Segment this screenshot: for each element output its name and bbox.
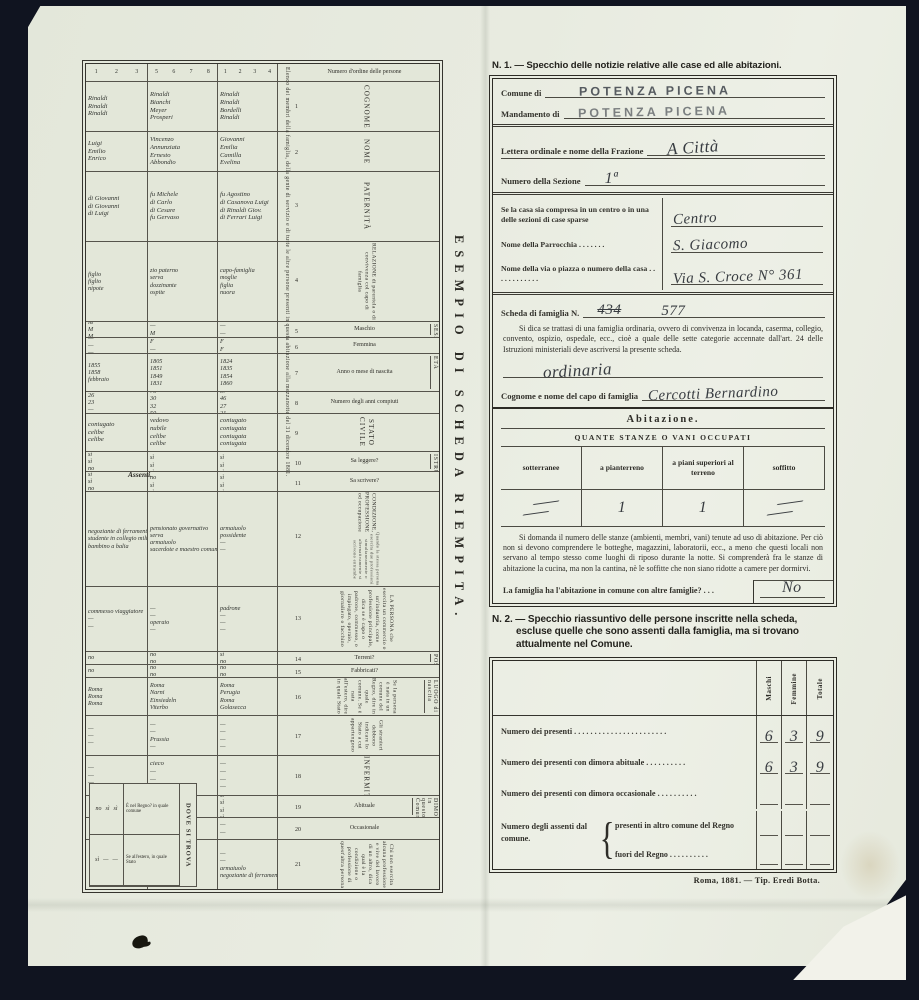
cells-assenti: RinaldiRinaldiRinaldi — [86, 82, 148, 131]
cells-assenti: LuigiEmilioEnrico — [86, 132, 148, 171]
column-header: Numero d'ordine delle persone — [278, 64, 439, 81]
cells-presenti-1-4: sìsìsìsì — [218, 796, 278, 817]
census-field-row-17: —————Prussia—————17Gli stranieri debbono… — [86, 716, 439, 756]
parrocchia-value-cell: S. Giacomo — [663, 232, 833, 258]
cells-assenti: MMM — [86, 322, 148, 337]
dove-si-trova-label: DOVE SI TROVA — [180, 784, 196, 886]
cells-presenti-1-4: —FFF — [218, 338, 278, 353]
stanze-note-paragraph: Si domanda il numero delle stanze (ambie… — [493, 527, 833, 574]
via-handwriting: Via S. Croce N° 361 — [673, 267, 804, 289]
column-header: 1COGNOME — [278, 82, 439, 131]
stanze-value-cell: 1 — [582, 490, 663, 526]
cells-presenti-1-4: GiovanniEmiliaCamillaEvelina — [218, 132, 278, 171]
cells-presenti-1-4: capo-famigliamogliefiglianuora — [218, 242, 278, 321]
comune-stamp: POTENZA PICENA — [579, 83, 731, 98]
comune-row: Comune di POTENZA PICENA — [493, 79, 833, 100]
right-column: N. 1. — Specchio delle notizie relative … — [492, 60, 834, 885]
stanze-col-soffitto: soffitto — [744, 447, 825, 490]
census-field-row-14: nonononononononosìnono14Terreni?POSSIEDE — [86, 652, 439, 665]
n2-col-femmine: Femmine — [781, 661, 806, 715]
mandamento-row: Mandamento di POTENZA PICENA — [493, 100, 833, 124]
centro-handwriting: Centro — [673, 210, 718, 229]
n2-value-cell: 6 — [756, 716, 781, 747]
stanze-table: sotterranee a pianterreno a piani superi… — [501, 447, 825, 527]
scheda-line: 434 577 — [583, 303, 825, 318]
brace-glyph: { — [600, 811, 613, 869]
n2-header-row: Maschi Femmine Totale — [493, 661, 833, 716]
frazione-row: Lettera ordinale e nome della Frazione A… — [493, 127, 833, 158]
stanze-col-pianterreno: a pianterreno — [582, 447, 663, 490]
n2-col-maschi: Maschi — [756, 661, 781, 715]
column-header: 18INFERMITÀ — [278, 756, 439, 795]
cells-presenti-5-8: zio paternoservadozzinanteospite — [148, 242, 218, 321]
cells-presenti-5-8: nonosìsì — [148, 472, 218, 491]
n2-rows: Numero dei presenti . . . . . . . . . . … — [493, 716, 833, 809]
assenti-label: Assenti. — [128, 470, 152, 479]
column-header: 14Terreni?POSSIEDE — [278, 652, 439, 664]
stanze-col-sotterranee: sotterranee — [501, 447, 582, 490]
centro-label: Se la casa sia compresa in un centro o i… — [493, 198, 663, 232]
census-field-row-16: RomaRomaRomaRomaNarniEinsiedelnViterboRo… — [86, 678, 439, 716]
n2-summary-row: Numero dei presenti con dimora abituale … — [493, 747, 833, 778]
cells-presenti-1-4: padrone——— — [218, 587, 278, 651]
n2-value-cell — [806, 778, 833, 809]
double-rule — [493, 192, 833, 195]
mandamento-stamp: POTENZA PICENA — [577, 104, 729, 121]
column-header: 20Occasionale — [278, 818, 439, 839]
cells-presenti-1-4: ——armaiuolonegoziante di ferramenta — [218, 840, 278, 889]
cells-presenti-1-4: ———— — [218, 756, 278, 795]
cells-presenti-1-4: sìsìsìsì — [218, 452, 278, 471]
cells-presenti-5-8: VincenzoAnnunziataErnestoAbbondio — [148, 132, 218, 171]
scheda-row: Scheda di famiglia N. 434 577 — [493, 295, 833, 320]
column-header: 8Numero degli anni compiuti — [278, 392, 439, 413]
cells-presenti-5-8: pensionato governativoservaarmaiuolosace… — [148, 492, 218, 586]
scanned-census-page: 12356781234Numero d'ordine delle persone… — [0, 0, 919, 1000]
cells-presenti-5-8: 5678 — [148, 64, 218, 81]
cells-presenti-1-4: sìsìsìsì — [218, 472, 278, 491]
cells-assenti: coniugatocelibecelibe — [86, 414, 148, 451]
cells-presenti-1-4: RinaldiRinaldiBordelliRinaldi — [218, 82, 278, 131]
cells-presenti-5-8: fu Micheledi Carlodi Cesarefu Gervaso — [148, 172, 218, 241]
n2-value-cell: 6 — [756, 747, 781, 778]
census-field-row-15: nononononononosìnonono15Fabbricati? — [86, 665, 439, 678]
census-field-row-8: 2623—76303250574627218Numero degli anni … — [86, 392, 439, 414]
stanze-value-cell — [501, 490, 582, 526]
sezione-line: 1ª — [585, 171, 825, 186]
stanze-value-cell: 1 — [663, 490, 744, 526]
n2-header-spacer — [493, 661, 756, 715]
capo-line: Cercotti Bernardino — [642, 386, 825, 401]
column-header: 9STATO CIVILE — [278, 414, 439, 451]
sezione-row: Numero della Sezione 1ª — [493, 159, 833, 192]
cells-assenti: RomaRomaRoma — [86, 678, 148, 715]
column-header: 19AbitualeDIMORA in questo Comune — [278, 796, 439, 817]
census-field-row-5: MMMM—MMM———5MaschioSESSO — [86, 322, 439, 338]
paper-stain — [840, 830, 900, 900]
cells-assenti: nonono — [86, 652, 148, 664]
n1-box: Comune di POTENZA PICENA Mandamento di P… — [492, 78, 834, 604]
column-header: 10Sa leggere?ISTRUZIONE — [278, 452, 439, 471]
capo-handwriting: Cercotti Bernardino — [648, 384, 779, 406]
cells-presenti-5-8: M—MM — [148, 322, 218, 337]
n2-value-cell — [781, 778, 806, 809]
cells-assenti: nonono — [86, 665, 148, 677]
column-header: 4RELAZIONE di parentela o di convivenza … — [278, 242, 439, 321]
cells-presenti-1-4: ———— — [218, 818, 278, 839]
scheda-number-old: 434 — [597, 302, 621, 319]
parrocchia-row: Nome della Parrocchia . . . . . . . S. G… — [493, 232, 833, 258]
frazione-label: Lettera ordinale e nome della Frazione — [501, 146, 643, 156]
cells-presenti-1-4: coniugatoconiugataconiugataconiugata — [218, 414, 278, 451]
left-census-table: 12356781234Numero d'ordine delle persone… — [85, 63, 440, 890]
stanze-value-cell — [744, 490, 825, 526]
cells-presenti-5-8: RinaldiBianchiMeyerProsperi — [148, 82, 218, 131]
stanze-col-piani-superiori: a piani superiori al terreno — [663, 447, 744, 490]
n2-col-totale: Totale — [806, 661, 833, 715]
n2-assenti-label: Numero degli assenti dal comune. — [493, 811, 597, 869]
abitazione-title: Abitazione. — [493, 409, 833, 428]
column-header: 11Sa scrivere? — [278, 472, 439, 491]
cells-presenti-1-4: 1234 — [218, 64, 278, 81]
census-field-row-12: negoziante di ferramentastudente in coll… — [86, 492, 439, 587]
n2-value-cell: 9 — [806, 716, 833, 747]
cells-presenti-1-4: armaiuolopossidente—— — [218, 492, 278, 586]
n2-assenti-subrow-regno: presenti in altro comune del Regno — [615, 811, 833, 840]
column-header: 5MaschioSESSO — [278, 322, 439, 337]
cells-presenti-5-8: vedovonubilecelibecelibe — [148, 414, 218, 451]
centro-row: Se la casa sia compresa in un centro o i… — [493, 198, 833, 232]
via-row: Nome della via o piazza o numero della c… — [493, 258, 833, 292]
categoria-paragraph: Si dica se trattasi di una famiglia ordi… — [493, 320, 833, 355]
cells-presenti-5-8: 1805185118491831 — [148, 354, 218, 391]
frazione-handwriting: A Città — [667, 136, 720, 160]
column-header: 21Chi non esercita alcuna professione e … — [278, 840, 439, 889]
cells-presenti-1-4: RomaPerugiaRomaGolasecca — [218, 678, 278, 715]
cells-assenti: ——— — [86, 338, 148, 353]
n2-summary-row: Numero dei presenti . . . . . . . . . . … — [493, 716, 833, 747]
capo-row: Cognome e nome del capo di famiglia Cerc… — [493, 378, 833, 407]
column-header: 13LA PERSONA che esercita un commercio o… — [278, 587, 439, 651]
census-field-row-7: 18551858febbraio180518511849183118241835… — [86, 354, 439, 392]
capo-label: Cognome e nome del capo di famiglia — [501, 391, 638, 401]
elenco-caption: Elenco dei membri della famiglia, della … — [277, 67, 290, 882]
cells-presenti-1-4: nosìnono — [218, 652, 278, 664]
frazione-line: A Città — [647, 141, 825, 156]
via-label: Nome della via o piazza o numero della c… — [493, 258, 663, 290]
column-header: 15Fabbricati? — [278, 665, 439, 677]
n2-value-cell — [756, 778, 781, 809]
n2-value-cell: 3 — [781, 716, 806, 747]
mandamento-label: Mandamento di — [501, 109, 560, 119]
census-field-row-10: sìsìnonosìsìsìsìsìsìsì10Sa leggere?ISTRU… — [86, 452, 439, 472]
categoria-answer-line: ordinaria — [503, 355, 823, 378]
column-header: 7Anno o mese di nascitaETÀ — [278, 354, 439, 391]
cells-assenti: 2623— — [86, 392, 148, 413]
n2-assenti-row: Numero degli assenti dal comune. { prese… — [493, 809, 833, 869]
column-header: 3PATERNITÀ — [278, 172, 439, 241]
via-value-cell: Via S. Croce N° 361 — [663, 258, 833, 290]
horizontal-crease — [28, 898, 906, 912]
parrocchia-label: Nome della Parrocchia . . . . . . . — [493, 232, 663, 258]
sezione-label: Numero della Sezione — [501, 176, 581, 186]
n1-title: N. 1. — Specchio delle notizie relative … — [492, 60, 834, 71]
scheda-number-new: 577 — [661, 303, 685, 320]
cells-presenti-5-8: nosìsìsì — [148, 452, 218, 471]
n2-value-cell: 3 — [781, 747, 806, 778]
census-field-row-2: LuigiEmilioEnricoVincenzoAnnunziataErnes… — [86, 132, 439, 172]
sezione-handwriting: 1ª — [605, 170, 618, 188]
famiglie-row: La famiglia ha l'abitazione in comune co… — [493, 580, 833, 603]
census-field-row-6: ————F———FFF6Femmina — [86, 338, 439, 354]
parrocchia-handwriting: S. Giacomo — [673, 236, 749, 256]
page-fold-crease — [480, 6, 490, 966]
n2-summary-row: Numero dei presenti con dimora occasiona… — [493, 778, 833, 809]
cells-presenti-1-4: sìnonono — [218, 665, 278, 677]
cells-presenti-5-8: 76303250 — [148, 392, 218, 413]
cells-presenti-5-8: ——operaio— — [148, 587, 218, 651]
n2-assenti-subrow-estero: fuori del Regno . . . . . . . . . . — [615, 840, 833, 869]
comune-line: POTENZA PICENA — [545, 83, 825, 98]
column-header: 2NOME — [278, 132, 439, 171]
cells-assenti: sìsìno — [86, 452, 148, 471]
n2-box: Maschi Femmine Totale Numero dei present… — [492, 660, 834, 870]
cells-assenti: ——— — [86, 716, 148, 755]
cells-presenti-1-4: 57462721 — [218, 392, 278, 413]
cells-assenti: negoziante di ferramentastudente in coll… — [86, 492, 148, 586]
imprint-footer: Roma, 1881. — Tip. Eredi Botta. — [492, 876, 820, 885]
census-field-row-3: di Giovannidi Giovannidi Luigifu Michele… — [86, 172, 439, 242]
esempio-caption: ESEMPIO DI SCHEDA RIEMPITA. — [446, 235, 466, 695]
comune-label: Comune di — [501, 88, 541, 98]
cells-presenti-5-8: nononono — [148, 665, 218, 677]
column-header: 6Femmina — [278, 338, 439, 353]
cells-presenti-5-8: RomaNarniEinsiedelnViterbo — [148, 678, 218, 715]
census-field-row-1: RinaldiRinaldiRinaldiRinaldiBianchiMeyer… — [86, 82, 439, 132]
n2-assenti-subrows: presenti in altro comune del Regno fuori… — [615, 811, 833, 869]
dove-si-trova-table: nosìsìÈ nel Regno? in quale comuneDOVE S… — [89, 783, 197, 887]
cells-presenti-5-8: —F—— — [148, 338, 218, 353]
cells-presenti-1-4: fu Agostinodi Casanova Luigidi Rinaldi G… — [218, 172, 278, 241]
cells-presenti-1-4: M——— — [218, 322, 278, 337]
census-field-row-13: commesso viaggiatore————operaio—padrone—… — [86, 587, 439, 652]
n2-value-cell: 9 — [806, 747, 833, 778]
mandamento-line: POTENZA PICENA — [564, 104, 826, 119]
census-field-row-4: figliofiglionipotezio paternoservadozzin… — [86, 242, 439, 322]
famiglie-label: La famiglia ha l'abitazione in comune co… — [493, 580, 753, 603]
cells-presenti-5-8: ——Prussia— — [148, 716, 218, 755]
column-header: 17Gli stranieri debbono indicare lo Stat… — [278, 716, 439, 755]
n2-title: N. 2. — Specchio riassuntivo delle perso… — [492, 614, 834, 652]
cells-assenti: commesso viaggiatore—— — [86, 587, 148, 651]
cells-presenti-5-8: nononono — [148, 652, 218, 664]
cells-assenti: 18551858febbraio — [86, 354, 148, 391]
centro-value-cell: Centro — [663, 198, 833, 232]
column-header: 16Se la persona è nata in un comune del … — [278, 678, 439, 715]
famiglie-answer-cell: No — [753, 580, 833, 603]
column-header: 12CONDIZIONE, PROFESSIONE od occupazione… — [278, 492, 439, 586]
stanze-title: QUANTE STANZE O VANI OCCUPATI — [501, 428, 825, 447]
census-field-row-9: coniugatocelibecelibevedovonubilecelibec… — [86, 414, 439, 452]
scheda-label: Scheda di famiglia N. — [501, 308, 579, 318]
cells-presenti-1-4: 1824183518541860 — [218, 354, 278, 391]
cells-assenti: 123 — [86, 64, 148, 81]
cells-presenti-1-4: ———— — [218, 716, 278, 755]
census-field-row-n: 12356781234Numero d'ordine delle persone — [86, 64, 439, 82]
cells-assenti: di Giovannidi Giovannidi Luigi — [86, 172, 148, 241]
cells-assenti: figliofiglionipote — [86, 242, 148, 321]
famiglie-handwriting: No — [782, 579, 802, 597]
